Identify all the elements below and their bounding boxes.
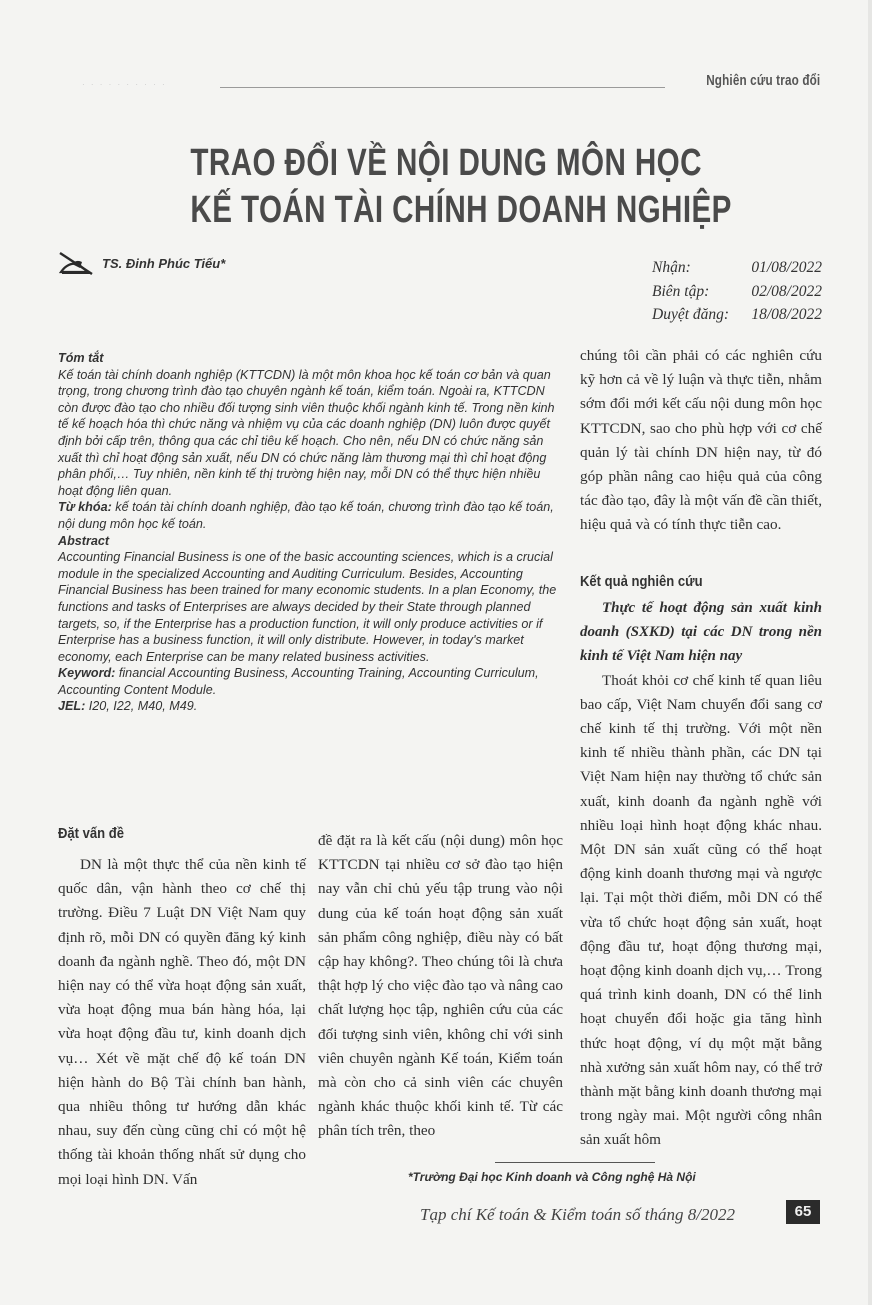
date-value: 02/08/2022 — [751, 280, 822, 304]
date-received: Nhận: 01/08/2022 — [652, 256, 822, 280]
keywords-label: Từ khóa: — [58, 500, 112, 514]
paragraph: đề đặt ra là kết cấu (nội dung) môn học … — [318, 829, 563, 1144]
article-title: TRAO ĐỔI VỀ NỘI DUNG MÔN HỌC KẾ TOÁN TÀI… — [190, 140, 689, 234]
subsection-heading: Thực tế hoạt động sản xuất kinh doanh (S… — [580, 596, 822, 669]
section-heading-results: Kết quả nghiên cứu — [580, 574, 703, 590]
body-column-3: chúng tôi cần phải có các nghiên cứu kỹ … — [580, 344, 822, 538]
journal-page: · · · · · · · · · · Nghiên cứu trao đổi … — [0, 0, 872, 1305]
author-byline: TS. Đinh Phúc Tiếu* — [58, 250, 225, 276]
date-label: Biên tập: — [652, 280, 709, 304]
abstract-heading: Abstract — [58, 533, 563, 550]
body-column-1: DN là một thực thể của nền kinh tế quốc … — [58, 853, 306, 1192]
keyword-label: Keyword: — [58, 666, 115, 680]
keywords-en: Keyword: financial Accounting Business, … — [58, 665, 563, 698]
keyword-text: financial Accounting Business, Accountin… — [58, 666, 539, 697]
jel-label: JEL: — [58, 699, 85, 713]
page-edge — [868, 0, 872, 1305]
section-heading-introduction: Đặt vấn đề — [58, 826, 124, 842]
body-column-3-results: Thực tế hoạt động sản xuất kinh doanh (S… — [580, 596, 822, 1153]
jel-text: I20, I22, M40, M49. — [85, 699, 197, 713]
journal-footer: Tạp chí Kế toán & Kiểm toán số tháng 8/2… — [420, 1205, 735, 1225]
article-dates: Nhận: 01/08/2022 Biên tập: 02/08/2022 Du… — [652, 256, 822, 327]
section-label: Nghiên cứu trao đổi — [706, 72, 820, 89]
pen-writing-icon — [58, 250, 96, 276]
header-rule — [220, 87, 665, 88]
summary-heading: Tóm tắt — [58, 350, 563, 367]
abstract-text: Accounting Financial Business is one of … — [58, 549, 563, 665]
date-approved: Duyệt đăng: 18/08/2022 — [652, 303, 822, 327]
page-number-badge: 65 — [786, 1200, 820, 1224]
date-label: Nhận: — [652, 256, 691, 280]
jel-codes: JEL: I20, I22, M40, M49. — [58, 698, 563, 715]
running-header: · · · · · · · · · · Nghiên cứu trao đổi — [70, 72, 820, 92]
summary-text: Kế toán tài chính doanh nghiệp (KTTCDN) … — [58, 367, 563, 500]
paragraph: DN là một thực thể của nền kinh tế quốc … — [58, 853, 306, 1192]
date-label: Duyệt đăng: — [652, 303, 729, 327]
keywords-vn: Từ khóa: kế toán tài chính doanh nghiệp,… — [58, 499, 563, 532]
body-column-2: đề đặt ra là kết cấu (nội dung) môn học … — [318, 829, 563, 1144]
date-value: 01/08/2022 — [751, 256, 822, 280]
abstract-block: Tóm tắt Kế toán tài chính doanh nghiệp (… — [58, 350, 563, 715]
date-value: 18/08/2022 — [751, 303, 822, 327]
footnote-rule — [495, 1162, 655, 1163]
paragraph: chúng tôi cần phải có các nghiên cứu kỹ … — [580, 344, 822, 538]
paragraph: Thoát khỏi cơ chế kinh tế quan liêu bao … — [580, 669, 822, 1153]
title-line-2: KẾ TOÁN TÀI CHÍNH DOANH NGHIỆP — [190, 187, 689, 234]
author-affiliation-footnote: *Trường Đại học Kinh doanh và Công nghệ … — [408, 1170, 696, 1184]
title-line-1: TRAO ĐỔI VỀ NỘI DUNG MÔN HỌC — [190, 140, 689, 187]
header-faint-text: · · · · · · · · · · — [82, 80, 167, 89]
date-edited: Biên tập: 02/08/2022 — [652, 280, 822, 304]
author-name: TS. Đinh Phúc Tiếu* — [102, 256, 225, 271]
keywords-text: kế toán tài chính doanh nghiệp, đào tạo … — [58, 500, 554, 531]
